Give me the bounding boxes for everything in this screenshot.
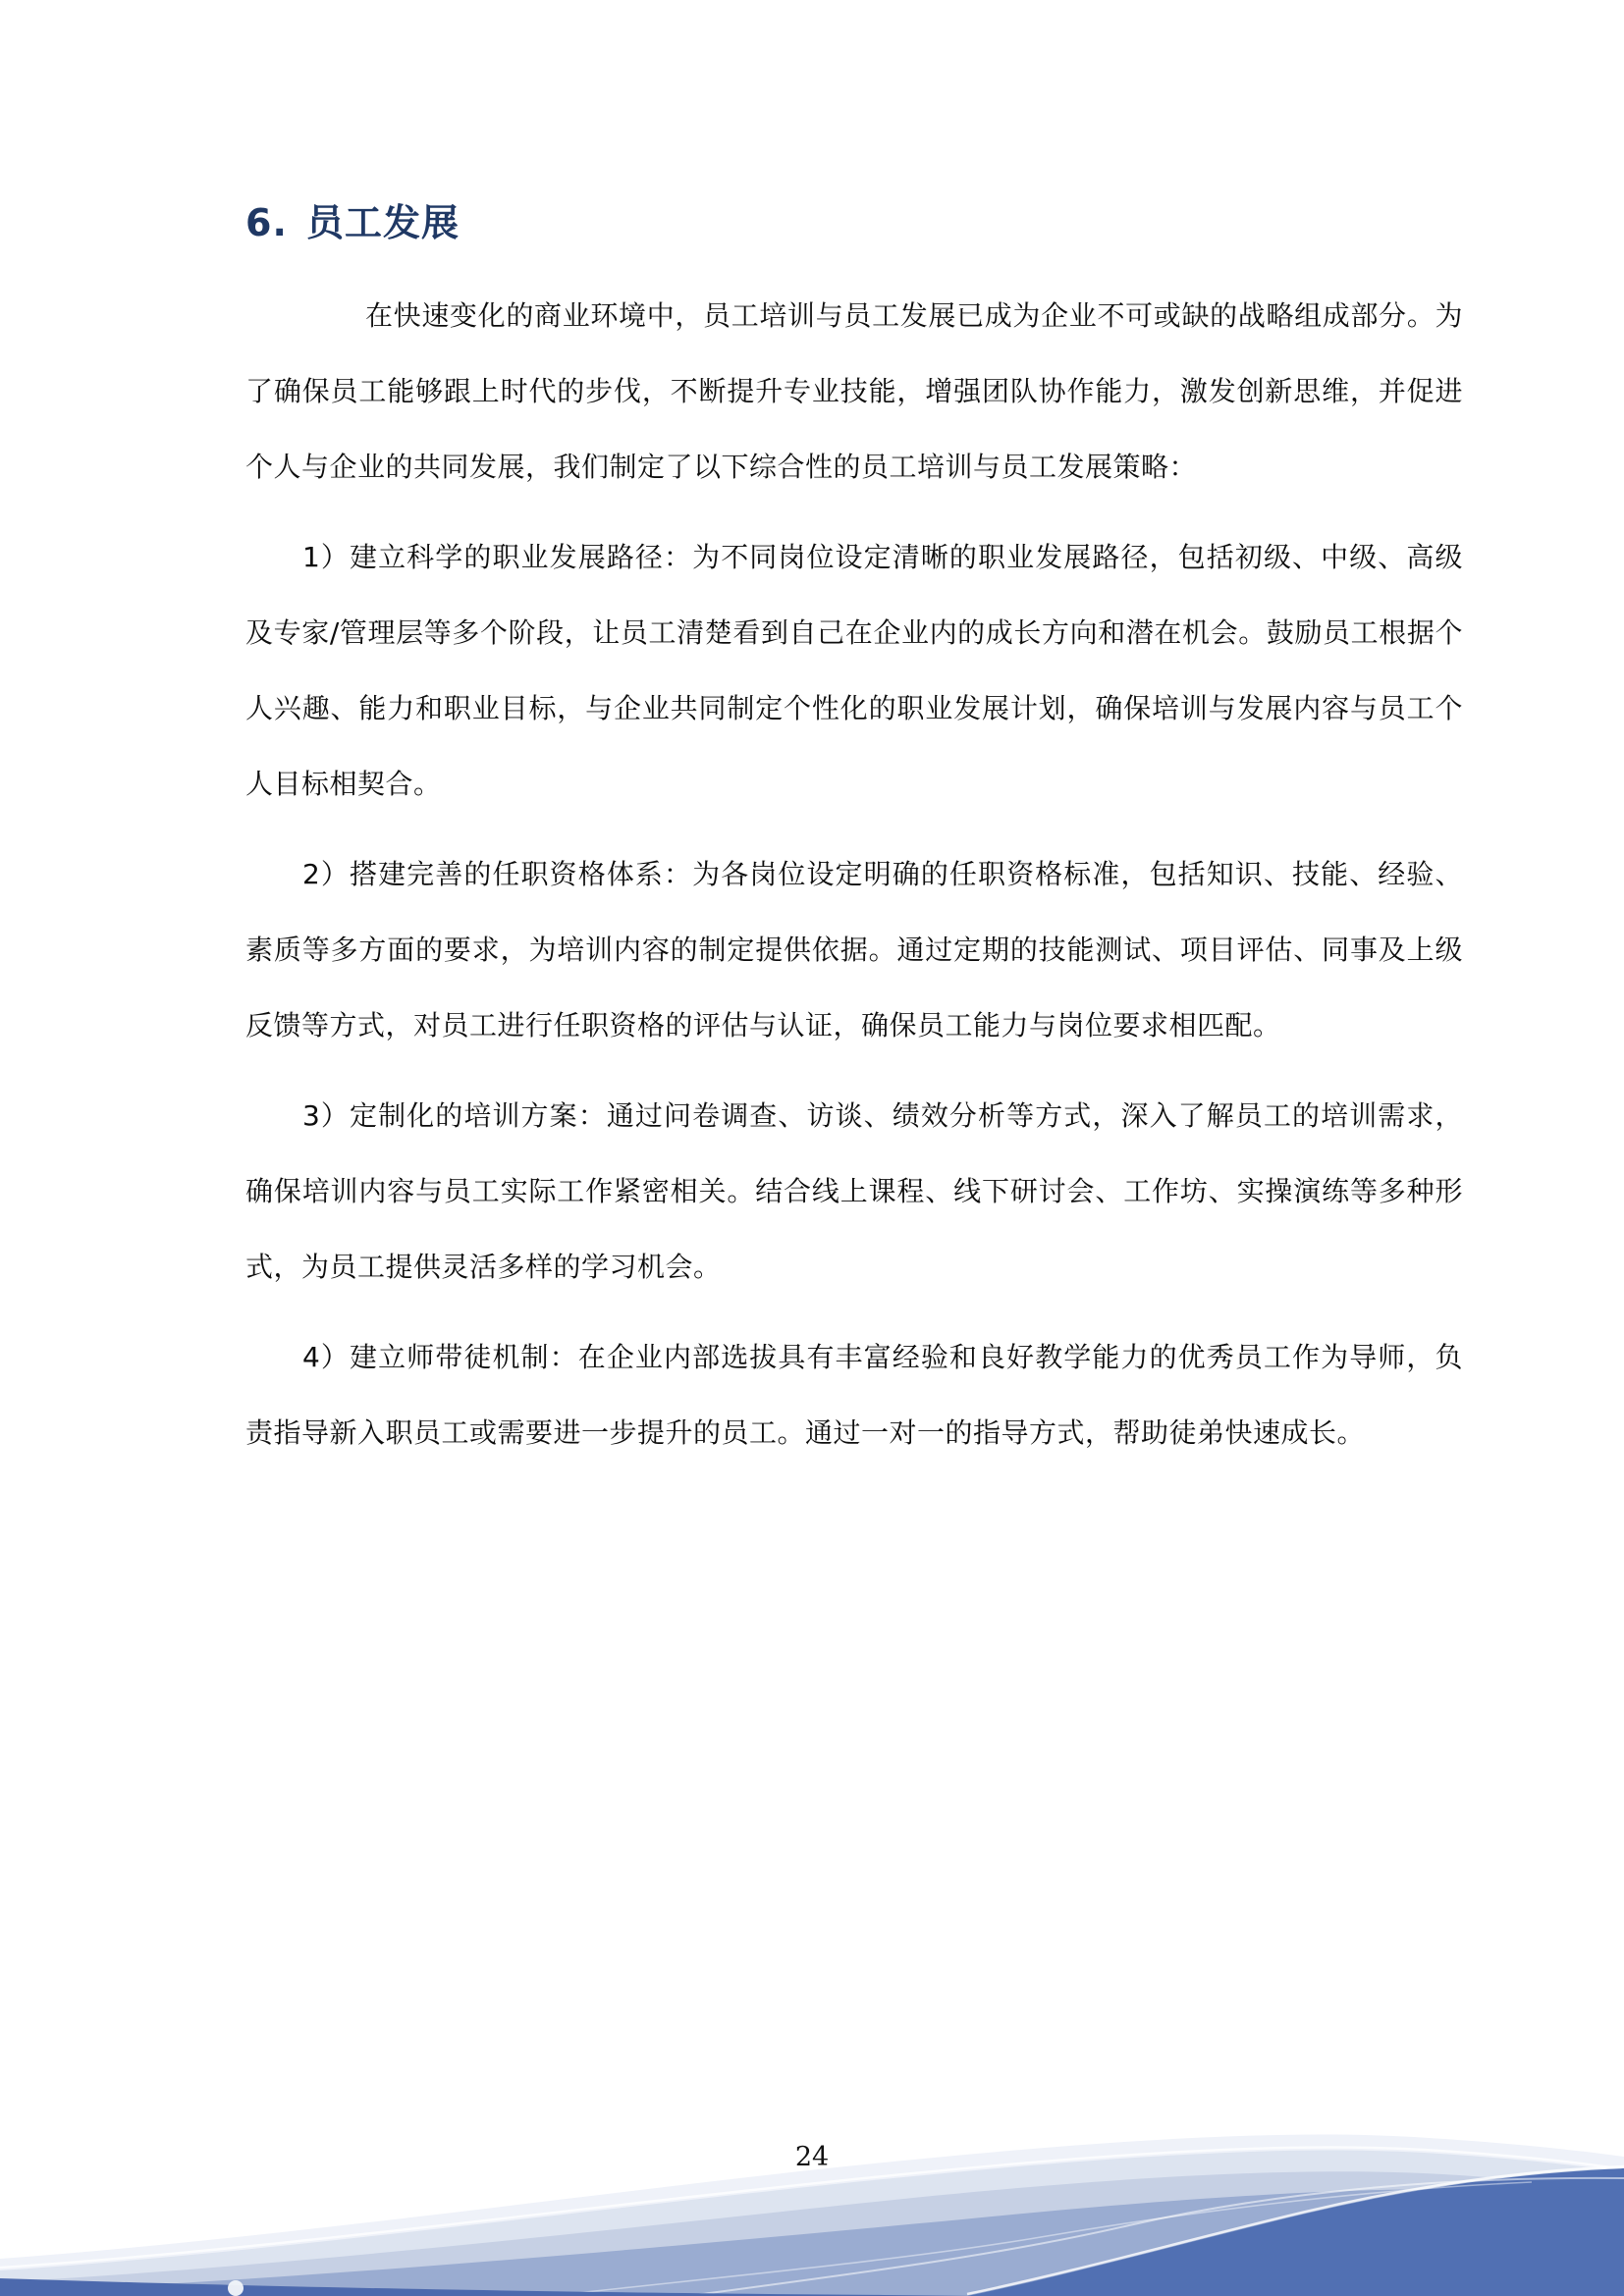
document-page: 6. 员工发展 在快速变化的商业环境中，员工培训与员工发展已成为企业不可或缺的战…: [0, 0, 1624, 2296]
wave-dot: [228, 2280, 244, 2296]
section-heading: 6. 员工发展: [245, 201, 1463, 246]
section-heading-title: 员工发展: [306, 201, 460, 246]
footer-wave-graphic: [0, 1943, 1624, 2296]
paragraph-intro: 在快速变化的商业环境中，员工培训与员工发展已成为企业不可或缺的战略组成部分。为了…: [245, 278, 1463, 505]
paragraph-item-1: 1）建立科学的职业发展路径：为不同岗位设定清晰的职业发展路径，包括初级、中级、高…: [245, 519, 1463, 822]
document-content: 6. 员工发展 在快速变化的商业环境中，员工培训与员工发展已成为企业不可或缺的战…: [245, 201, 1463, 1485]
paragraph-item-3: 3）定制化的培训方案：通过问卷调查、访谈、绩效分析等方式，深入了解员工的培训需求…: [245, 1078, 1463, 1305]
paragraph-item-2: 2）搭建完善的任职资格体系：为各岗位设定明确的任职资格标准，包括知识、技能、经验…: [245, 836, 1463, 1063]
paragraph-item-4: 4）建立师带徒机制：在企业内部选拔具有丰富经验和良好教学能力的优秀员工作为导师，…: [245, 1319, 1463, 1470]
section-body: 在快速变化的商业环境中，员工培训与员工发展已成为企业不可或缺的战略组成部分。为了…: [245, 278, 1463, 1470]
page-number: 24: [0, 2142, 1624, 2172]
section-heading-number: 6.: [245, 201, 306, 246]
